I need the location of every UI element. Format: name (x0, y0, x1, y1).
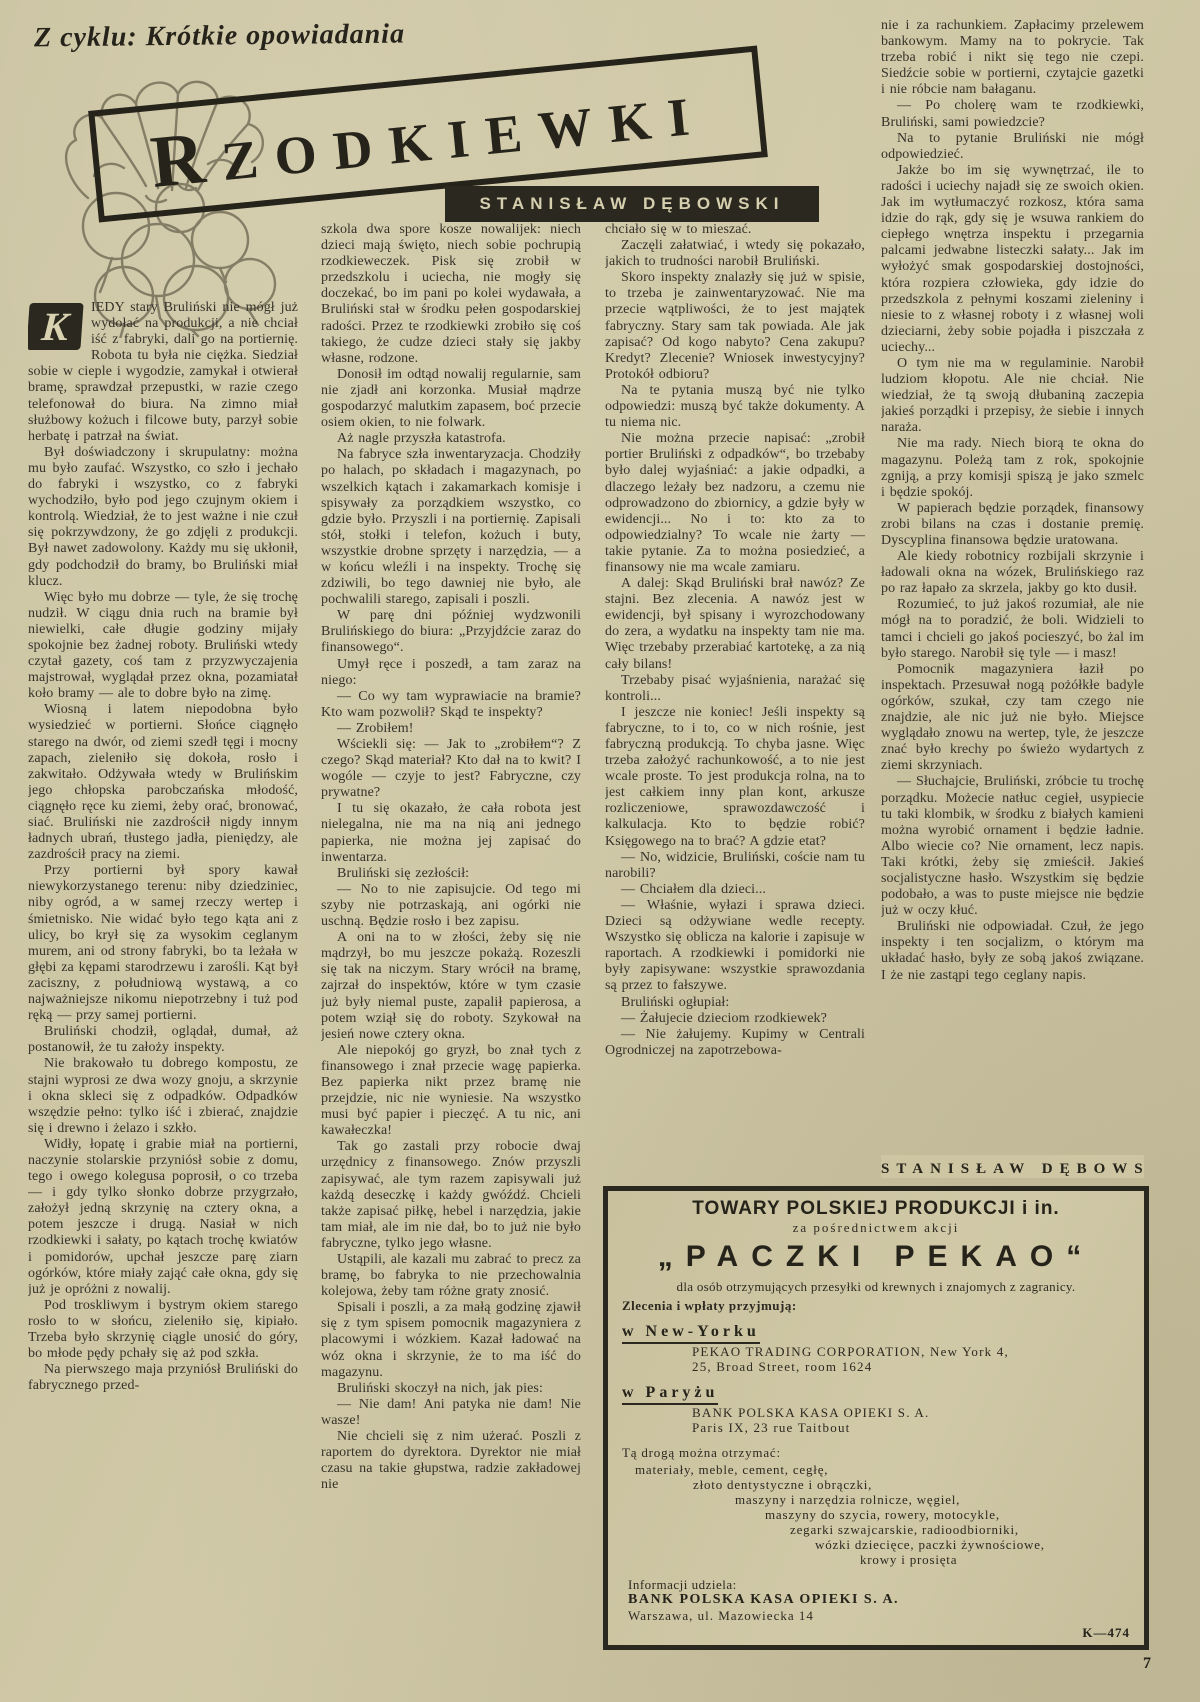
story-paragraph: — No to nie zapisujcie. Od tego mi szyby… (321, 882, 581, 930)
story-paragraph: Skoro inspekty znalazły się już w spisie… (605, 270, 865, 383)
story-paragraph: — Zrobiłem! (321, 721, 581, 737)
story-column-4: nie i za rachunkiem. Zapłacimy przelewem… (881, 18, 1144, 1178)
story-paragraph: Jakże bo im się wywnętrzać, ile to radoś… (881, 163, 1144, 356)
story-paragraph: A dalej: Skąd Bruliński brał nawóz? Ze s… (605, 576, 865, 673)
story-column-1: K IEDY stary Bruliński nie mógł już wydo… (28, 300, 298, 1652)
story-paragraph: Aż nagle przyszła katastrofa. (321, 431, 581, 447)
story-paragraph: szkola dwa spore kosze nowalijek: niech … (321, 222, 581, 367)
story-column-3: chciało się w to mieszać.Zaczęli załatwi… (605, 222, 865, 1178)
ad-goods-item: wózki dziecięce, paczki żywnościowe, (815, 1537, 1132, 1552)
story-paragraph: Na to pytanie Bruliński nie mógł odpowie… (881, 131, 1144, 163)
ad-heading: TOWARY POLSKIEJ PRODUKCJI i in. (620, 1199, 1132, 1219)
story-paragraphs-3: chciało się w to mieszać.Zaczęli załatwi… (605, 222, 865, 1059)
ad-location-paris: w Paryżu BANK POLSKA KASA OPIEKI S. A. P… (620, 1374, 1132, 1435)
story-paragraph: Bruliński nie odpowiadał. Czuł, że jego … (881, 919, 1144, 983)
ad-goods-item: krowy i prosięta (860, 1552, 1132, 1567)
story-paragraph: Ale kiedy robotnicy rozbijali skrzynie i… (881, 549, 1144, 597)
story-paragraph: Umył ręce i poszedł, a tam zaraz na nieg… (321, 657, 581, 689)
ad-goods-item: zegarki szwajcarskie, radioodbiorniki, (790, 1522, 1132, 1537)
ad-address-line: BANK POLSKA KASA OPIEKI S. A. (692, 1405, 1132, 1420)
pekao-ad-box: TOWARY POLSKIEJ PRODUKCJI i in. za pośre… (603, 1186, 1149, 1650)
story-paragraph: Rozumieć, to już jakoś rozumiał, ale nie… (881, 597, 1144, 661)
story-paragraph: Na pierwszego maja przyniósł Bruliński d… (28, 1362, 298, 1394)
story-paragraph: Zaczęli załatwiać, i wtedy się pokazało,… (605, 238, 865, 270)
story-paragraph: nie i za rachunkiem. Zapłacimy przelewem… (881, 18, 1144, 98)
ad-goods-list: materiały, meble, cement, cegłę,złoto de… (620, 1462, 1132, 1567)
story-paragraph: Był doświadczony i skrupulatny: można mu… (28, 445, 298, 590)
ad-address-line: 25, Broad Street, room 1624 (692, 1359, 1132, 1374)
story-paragraph: Bruliński ogłupiał: (605, 995, 865, 1011)
story-paragraph: — Po cholerę wam te rzodkiewki, Brulińsk… (881, 98, 1144, 130)
story-paragraph: Tak go zastali przy robocie dwaj urzędni… (321, 1139, 581, 1252)
ad-goods-item: materiały, meble, cement, cegłę, (635, 1462, 1132, 1477)
ad-goods-item: złoto dentystyczne i obrączki, (693, 1477, 1132, 1492)
story-paragraph: I jeszcze nie koniec! Jeśli inspekty są … (605, 705, 865, 850)
author-name: STANISŁAW DĘBOWSKI (479, 194, 784, 214)
ad-goods-item: maszyny do szycia, rowery, motocykle, (765, 1507, 1132, 1522)
ad-title: „PACZKI PEKAO“ (620, 1241, 1132, 1273)
story-paragraphs-2: szkola dwa spore kosze nowalijek: niech … (321, 222, 581, 1493)
story-paragraph: Ale niepokój go gryzł, bo znał tych z fi… (321, 1043, 581, 1140)
ad-orders-label: Zlecenia i wpłaty przyjmują: (622, 1298, 1132, 1313)
ad-code: K—474 (1082, 1625, 1130, 1641)
ad-city-label: w New-Yorku (622, 1323, 760, 1344)
story-paragraph: — Co wy tam wyprawiacie na bramie? Kto w… (321, 689, 581, 721)
ad-address-line: PEKAO TRADING CORPORATION, New York 4, (692, 1344, 1132, 1359)
story-paragraph: Nie chcieli się z nim użerać. Poszli z r… (321, 1429, 581, 1493)
story-paragraphs-4: nie i za rachunkiem. Zapłacimy przelewem… (881, 18, 1144, 984)
story-paragraph: — Nie dam! Ani patyka nie dam! Nie wasze… (321, 1397, 581, 1429)
story-paragraph: — Właśnie, wyłazi i sprawa dzieci. Dziec… (605, 898, 865, 995)
story-paragraph: O tym nie ma w regulaminie. Narobił ludz… (881, 356, 1144, 436)
story-paragraph: chciało się w to mieszać. (605, 222, 865, 238)
ad-goods-label: Tą drogą można otrzymać: (622, 1445, 1132, 1460)
page-number: 7 (1143, 1655, 1151, 1673)
story-paragraph: Spisali i poszli, a za małą godzinę zjaw… (321, 1300, 581, 1380)
story-paragraph: I tu się okazało, że cała robota jest ni… (321, 801, 581, 865)
ad-location-newyork: w New-Yorku PEKAO TRADING CORPORATION, N… (620, 1313, 1132, 1374)
story-paragraph: Nie brakowało tu dobrego kompostu, ze st… (28, 1056, 298, 1136)
story-column-2: szkola dwa spore kosze nowalijek: niech … (321, 222, 581, 1658)
story-paragraph: — Słuchajcie, Bruliński, zróbcie tu troc… (881, 774, 1144, 919)
story-paragraph: Przy portierni był spory kawał niewykorz… (28, 863, 298, 1024)
newspaper-page: Z cyklu: Krótkie opowiadania RZODKIEWKI … (0, 0, 1200, 1702)
story-paragraph: — Żałujecie dzieciom rzodkiewek? (605, 1011, 865, 1027)
story-paragraph: A oni na to w złości, żeby się nie mądrz… (321, 930, 581, 1043)
story-paragraph: Pomocnik magazyniera łaził po inspektach… (881, 662, 1144, 775)
ad-subheading: za pośrednictwem akcji (620, 1221, 1132, 1235)
story-paragraph: W parę dni później wydzwonili Brulińskie… (321, 608, 581, 656)
story-paragraph: Bruliński skoczył na nich, jak pies: (321, 1381, 581, 1397)
story-paragraph: Bruliński się zezłościł: (321, 866, 581, 882)
story-paragraph: Na te pytania muszą być nie tylko odpowi… (605, 383, 865, 431)
story-paragraph: Pod troskliwym i bystrym okiem starego r… (28, 1298, 298, 1362)
ad-info-bank: BANK POLSKA KASA OPIEKI S. A. (628, 1592, 1132, 1608)
story-paragraph: Wściekli się: — Jak to „zrobiłem“? Z cze… (321, 737, 581, 801)
story-paragraph: Nie można przecie napisać: „zrobił porti… (605, 431, 865, 576)
ad-address-line: Paris IX, 23 rue Taitbout (692, 1420, 1132, 1435)
story-paragraph: — Nie żałujemy. Kupimy w Centrali Ogrodn… (605, 1027, 865, 1059)
story-paragraph: Wiosną i latem niepodobna było wysiedzie… (28, 702, 298, 863)
story-paragraph: Na fabryce szła inwentaryzacja. Chodziły… (321, 447, 581, 608)
story-paragraph: Więc było mu dobrze — tyle, że się troch… (28, 590, 298, 703)
story-paragraph: Widły, łopatę i grabie miał na portierni… (28, 1137, 298, 1298)
story-paragraph: Nie ma rady. Niech biorą te okna do maga… (881, 436, 1144, 500)
ad-description: dla osób otrzymujących przesyłki od krew… (620, 1279, 1132, 1294)
drop-cap: K (28, 303, 84, 350)
author-banner: STANISŁAW DĘBOWSKI (445, 186, 819, 222)
story-paragraph: Donosił im odtąd nowalij regularnie, sam… (321, 367, 581, 431)
story-paragraph: W papierach będzie porządek, finansowy z… (881, 501, 1144, 549)
story-paragraph: Trzebaby pisać wyjaśnienia, narażać się … (605, 673, 865, 705)
story-paragraphs-1: IEDY stary Bruliński nie mógł już wydoła… (28, 300, 298, 1394)
ad-info-address: Warszawa, ul. Mazowiecka 14 (628, 1608, 1132, 1623)
story-paragraph: Ustąpili, ale kazali mu zabrać to precz … (321, 1252, 581, 1300)
story-paragraph: — No, widzicie, Bruliński, coście nam tu… (605, 850, 865, 882)
ad-info-label: Informacji udziela: (628, 1577, 1132, 1592)
story-paragraph: — Chciałem dla dzieci... (605, 882, 865, 898)
story-paragraph: Bruliński chodził, oglądał, dumał, aż po… (28, 1024, 298, 1056)
ad-city-label: w Paryżu (622, 1384, 718, 1405)
ad-goods-item: maszyny i narzędzia rolnicze, węgiel, (735, 1492, 1132, 1507)
story-signature: STANISŁAW DĘBOWSKI (881, 1155, 1144, 1178)
